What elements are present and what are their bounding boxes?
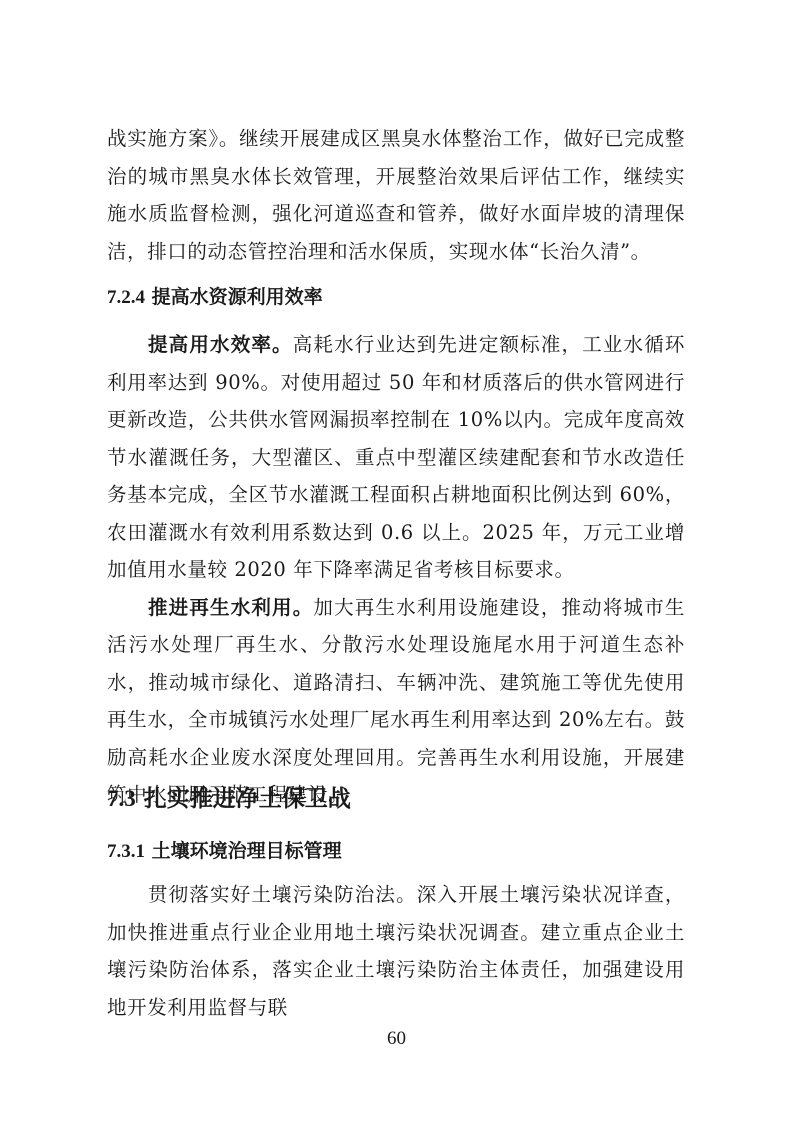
section-heading-7-3: 7.3 扎实推进净土保卫战 (107, 782, 351, 816)
section-heading-7-2-4: 7.2.4 提高水资源利用效率 (107, 282, 323, 313)
continued-section: 战实施方案》。继续开展建成区黑臭水体整治工作，做好已完成整治的城市黑臭水体长效管… (107, 120, 685, 270)
section-title: 提高水资源利用效率 (152, 286, 323, 308)
section-7-3-1-body: 贯彻落实好土壤污染防治法。深入开展土壤污染状况详查，加快推进重点行业企业用地土壤… (107, 876, 685, 1026)
section-number: 7.2.4 (107, 287, 145, 308)
page-number: 60 (0, 1028, 793, 1050)
paragraph-lead: 提高用水效率。 (148, 333, 293, 356)
paragraph-text: 高耗水行业达到先进定额标准，工业水循环利用率达到 90%。对使用超过 50 年和… (107, 333, 685, 581)
section-title: 扎实推进净土保卫战 (144, 786, 351, 812)
body-paragraph: 贯彻落实好土壤污染防治法。深入开展土壤污染状况详查，加快推进重点行业企业用地土壤… (107, 876, 685, 1026)
section-number: 7.3 (107, 786, 136, 811)
section-title: 土壤环境治理目标管理 (152, 840, 342, 862)
body-paragraph: 推进再生水利用。加大再生水利用设施建设，推动将城市生活污水处理厂再生水、分散污水… (107, 589, 685, 814)
section-7-2-4-body: 提高用水效率。高耗水行业达到先进定额标准，工业水循环利用率达到 90%。对使用超… (107, 326, 685, 814)
paragraph-lead: 推进再生水利用。 (148, 596, 313, 619)
body-paragraph: 提高用水效率。高耗水行业达到先进定额标准，工业水循环利用率达到 90%。对使用超… (107, 326, 685, 589)
section-number: 7.3.1 (107, 841, 145, 862)
body-paragraph: 战实施方案》。继续开展建成区黑臭水体整治工作，做好已完成整治的城市黑臭水体长效管… (107, 120, 685, 270)
section-heading-7-3-1: 7.3.1 土壤环境治理目标管理 (107, 836, 342, 867)
document-page: 战实施方案》。继续开展建成区黑臭水体整治工作，做好已完成整治的城市黑臭水体长效管… (0, 0, 793, 1122)
paragraph-text: 加大再生水利用设施建设，推动将城市生活污水处理厂再生水、分散污水处理设施尾水用于… (107, 596, 685, 807)
